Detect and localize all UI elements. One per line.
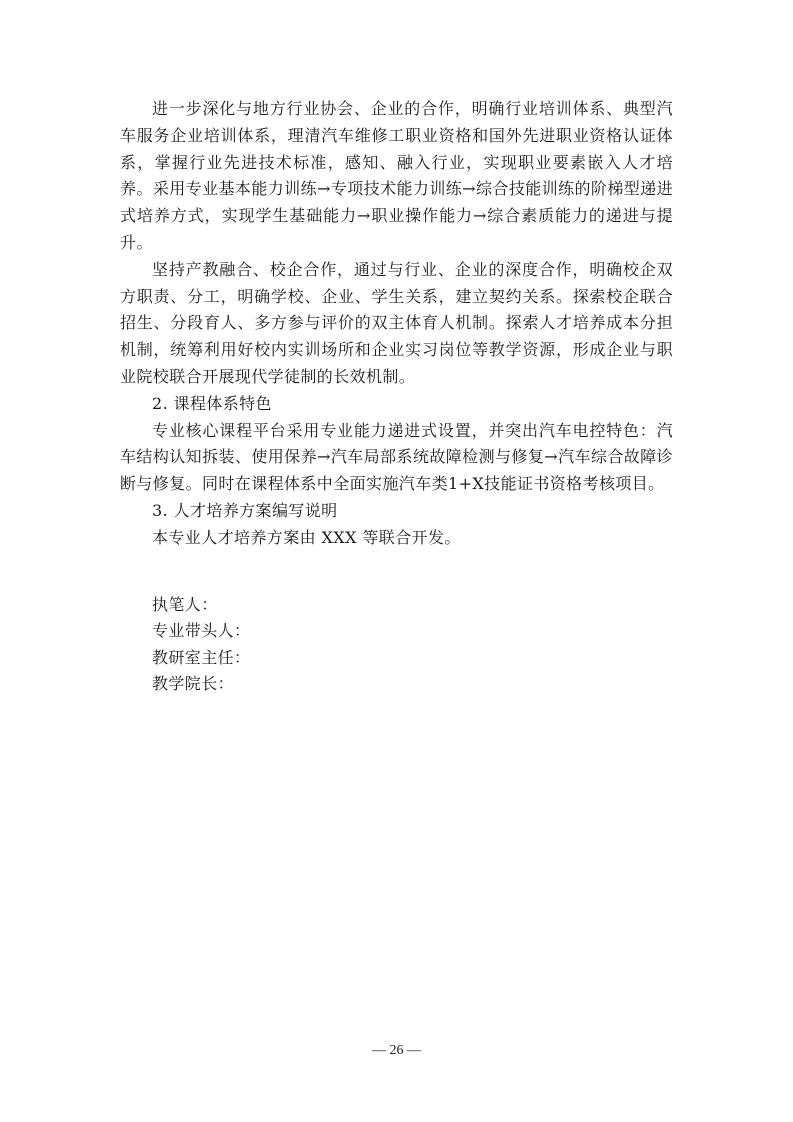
section-heading-curriculum-features: 2. 课程体系特色 <box>120 391 673 418</box>
paragraph-industry-cooperation: 进一步深化与地方行业协会、企业的合作，明确行业培训体系、典型汽车服务企业培训体系… <box>120 96 673 257</box>
signature-block: 执笔人： 专业带头人： 教研室主任： 教学院长： <box>120 592 673 698</box>
document-page: 进一步深化与地方行业协会、企业的合作，明确行业培训体系、典型汽车服务企业培训体系… <box>0 0 793 1122</box>
page-content: 进一步深化与地方行业协会、企业的合作，明确行业培训体系、典型汽车服务企业培训体系… <box>120 96 673 698</box>
signature-author: 执笔人： <box>152 592 673 619</box>
signature-program-leader: 专业带头人： <box>152 618 673 645</box>
section-heading-program-notes: 3. 人才培养方案编写说明 <box>120 498 673 525</box>
paragraph-program-notes: 本专业人才培养方案由 XXX 等联合开发。 <box>120 525 673 552</box>
page-number: — 26 — <box>0 1042 793 1060</box>
signature-dean: 教学院长： <box>152 671 673 698</box>
paragraph-curriculum-features: 专业核心课程平台采用专业能力递进式设置，并突出汽车电控特色：汽车结构认知拆装、使… <box>120 418 673 498</box>
signature-department-head: 教研室主任： <box>152 645 673 672</box>
paragraph-school-enterprise-cooperation: 坚持产教融合、校企合作，通过与行业、企业的深度合作，明确校企双方职责、分工，明确… <box>120 257 673 391</box>
